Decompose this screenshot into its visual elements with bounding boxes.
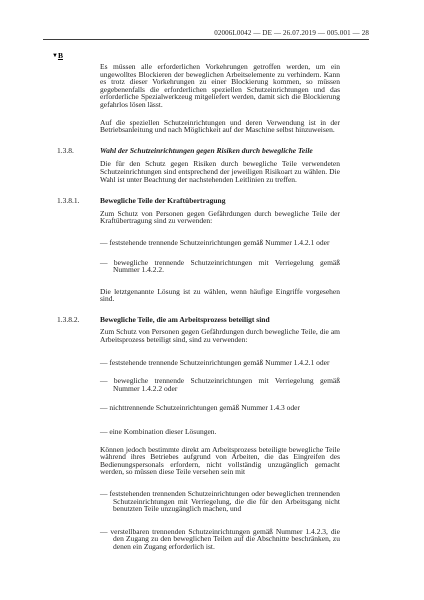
bullet-item: — bewegliche trennende Schutzeinrichtung… xyxy=(100,259,340,274)
section-number: 1.3.8.2. xyxy=(57,316,100,324)
bullet-item: — nichttrennende Schutzeinrichtungen gem… xyxy=(100,404,340,412)
section-title: Wahl der Schutzeinrichtungen gegen Risik… xyxy=(100,147,340,155)
section-number: 1.3.8. xyxy=(57,147,100,155)
section-title: Bewegliche Teile, die am Arbeitsprozess … xyxy=(100,316,340,324)
paragraph: Zum Schutz von Personen gegen Gefährdung… xyxy=(100,328,340,343)
document-body: Es müssen alle erforderlichen Vorkehrung… xyxy=(57,63,340,551)
document-page: 02006L0042 — DE — 26.07.2019 — 005.001 —… xyxy=(0,0,424,600)
bullet-item: — bewegliche trennende Schutzeinrichtung… xyxy=(100,377,340,392)
document-reference: 02006L0042 — DE — 26.07.2019 — 005.001 —… xyxy=(214,29,369,37)
paragraph: Es müssen alle erforderlichen Vorkehrung… xyxy=(100,63,340,109)
section-heading: 1.3.8.2. Bewegliche Teile, die am Arbeit… xyxy=(57,316,340,324)
section-heading: 1.3.8.1. Bewegliche Teile der Kraftübert… xyxy=(57,197,340,205)
section-heading: 1.3.8. Wahl der Schutzeinrichtungen gege… xyxy=(57,147,340,155)
paragraph: Zum Schutz von Personen gegen Gefährdung… xyxy=(100,210,340,225)
bullet-item: — feststehende trennende Schutzeinrichtu… xyxy=(100,239,340,247)
bullet-item: — feststehenden trennenden Schutzeinrich… xyxy=(100,490,340,513)
page-header: 02006L0042 — DE — 26.07.2019 — 005.001 —… xyxy=(43,29,369,40)
paragraph: Können jedoch bestimmte direkt am Arbeit… xyxy=(100,446,340,476)
bullet-item: — eine Kombination dieser Lösungen. xyxy=(100,428,340,436)
paragraph: Die letztgenannte Lösung ist zu wählen, … xyxy=(100,288,340,303)
revision-marker: ▼B xyxy=(52,51,63,60)
marker-letter: B xyxy=(58,51,63,60)
section-number: 1.3.8.1. xyxy=(57,197,100,205)
bullet-item: — feststehende trennende Schutzeinrichtu… xyxy=(100,359,340,367)
paragraph: Auf die speziellen Schutzeinrichtungen u… xyxy=(100,119,340,134)
section-title: Bewegliche Teile der Kraftübertragung xyxy=(100,197,340,205)
paragraph: Die für den Schutz gegen Risiken durch b… xyxy=(100,160,340,183)
bullet-item: — verstellbaren trennenden Schutzeinrich… xyxy=(100,528,340,551)
